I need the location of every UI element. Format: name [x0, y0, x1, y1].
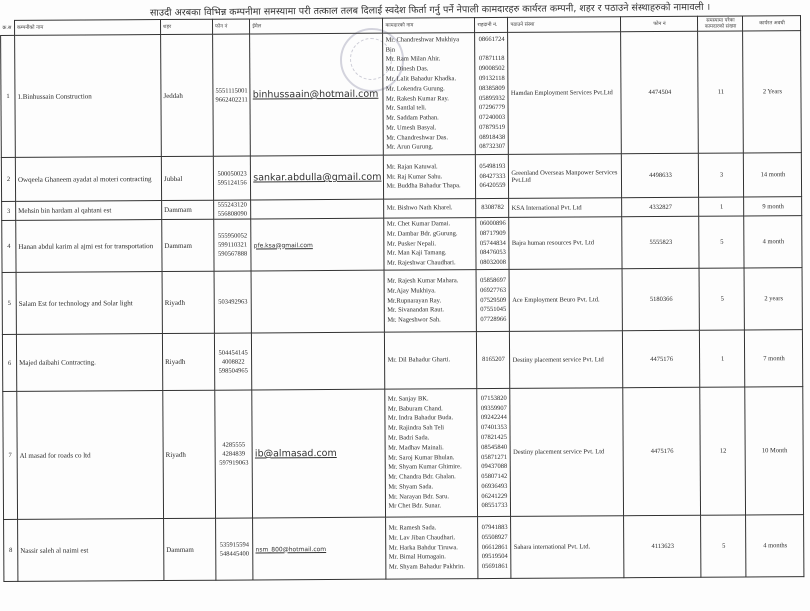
- email-cell: binhussaain@hotmail.com: [250, 33, 384, 156]
- passport-number: 06241229: [480, 492, 508, 502]
- worker-name: Mr. Santlal teli.: [386, 103, 473, 113]
- passport-number: 09008502: [478, 64, 506, 74]
- worker-name: Mr. Rajeshwar Chaudhari.: [387, 258, 474, 268]
- email-cell: ib@almasad.com: [252, 389, 386, 518]
- agency-name: Ace Employment Beuro Pvt. Ltd.: [510, 269, 623, 332]
- passport-number: 05508927: [481, 533, 509, 543]
- worker-names: Mr. Chet Kumar Damai.Mr. Dambar Bdr. gGu…: [384, 218, 476, 271]
- phone-number: 503492963: [217, 297, 249, 306]
- company-phones: 500050023595124156: [213, 156, 251, 200]
- table-row: 2Owqeela Ghaneem ayadat al moteri contra…: [1, 153, 802, 202]
- worker-count: 5: [699, 268, 744, 330]
- company-phones: 55511150019662402211: [213, 34, 251, 156]
- phone-number: 535915594: [218, 540, 250, 549]
- worker-name: Mr. Bimal Humagain.: [389, 552, 476, 562]
- worker-count: 12: [700, 387, 746, 515]
- worker-name: Mr. Saddam Pathan.: [386, 113, 473, 123]
- passport-number: 07879519: [478, 123, 506, 133]
- worker-name: Mr. Man Kaji Tamang.: [387, 249, 474, 259]
- worker-count: 5: [699, 216, 744, 268]
- phone-number: 4284839: [218, 449, 250, 458]
- worker-name: Mr. Ram Milan Ahir.: [386, 54, 473, 64]
- worker-name: Mr. Sanjay BK.: [388, 394, 475, 404]
- worker-count: 11: [698, 31, 744, 153]
- phone-number: 590567888: [216, 249, 248, 258]
- worker-name: Mr. Chandreshwar Mukhiya: [386, 35, 473, 45]
- worker-name: Mr. Shyam Sada.: [388, 482, 475, 492]
- worker-names: Mr. Ramesh Sada.Mr. Lav Jiban Chaudhari.…: [386, 517, 478, 580]
- passport-number: 09132118: [478, 74, 506, 84]
- serial-number: 5: [2, 272, 16, 334]
- passport-number: 07240003: [478, 113, 506, 123]
- worker-name: Mr.Rupnarayan Ray.: [387, 296, 474, 306]
- passport-numbers: 0715382009359907092422440740135307821425…: [477, 388, 511, 516]
- email-cell: nsm_800@hotmail.com: [253, 517, 387, 580]
- passport-number: 08032008: [479, 258, 507, 268]
- agency-phone: 4474504: [621, 31, 699, 153]
- serial-number: 3: [2, 201, 16, 220]
- passport-number: 08661724: [478, 35, 506, 45]
- table-row: 5Salam Est for technology and Solar ligh…: [2, 268, 803, 335]
- agency-name: Bajra human resources Pvt. Ltd: [509, 217, 622, 270]
- passport-number: 06000896: [479, 219, 507, 229]
- worker-name: Mr. Baburam Chand.: [388, 404, 475, 414]
- passport-number: 05744834: [479, 239, 507, 249]
- email-link[interactable]: binhussaain@hotmail.com: [253, 89, 379, 101]
- company-name: Salam Est for technology and Solar light: [16, 272, 162, 335]
- phone-number: 500050023: [216, 169, 248, 178]
- passport-number: 05807142: [480, 472, 508, 482]
- worker-name: Mr. Saroj Kumar Bhulan.: [388, 453, 475, 463]
- passport-numbers: 0794188305508927066128610951950405691861: [478, 516, 511, 578]
- worker-names: Mr. Dil Bahadur Gharti.: [385, 332, 477, 390]
- serial-number: 6: [2, 334, 16, 391]
- agency-name: Destiny placement service Pvt. Ltd: [510, 388, 624, 517]
- city: Riyadh: [162, 333, 214, 390]
- worker-names: Mr. Rajesh Kumar Mahara.Mr.Ajay Mukhiya.…: [385, 270, 477, 333]
- passport-numbers: 0600089608717909057448340847605308032008: [476, 217, 509, 269]
- passport-number: 07941883: [481, 523, 509, 533]
- worker-name: Mr. Bishwo Nath Kharel.: [387, 203, 474, 213]
- worker-name: Mr. Harka Bahdur Tiruwa.: [389, 543, 476, 553]
- agency-name: Greenland Overseas Manpower Services Pvt…: [509, 154, 622, 199]
- worker-name: Mr. Madhav Mainali.: [388, 443, 475, 453]
- passport-number: 05691861: [481, 562, 509, 572]
- header-duration: कार्यरत अवधी: [743, 16, 801, 31]
- passport-number: 09437088: [480, 462, 508, 472]
- worker-name: Mr.Ajay Mukhiya.: [387, 286, 474, 296]
- agency-phone: 4475176: [623, 387, 701, 515]
- passport-number: 08551733: [480, 501, 508, 511]
- passport-number: 09242244: [480, 413, 508, 423]
- phone-number: 4008822: [217, 357, 249, 366]
- email-cell: pfe.ksa@gmail.com: [251, 218, 385, 271]
- passport-number: 07871118: [478, 54, 506, 64]
- passport-number: 08427333: [478, 172, 506, 182]
- agency-phone: 5555823: [622, 216, 699, 268]
- passport-number: 07529509: [479, 296, 507, 306]
- worker-name: Mr. Dinesh Das.: [386, 64, 473, 74]
- email-cell: [251, 270, 385, 333]
- passport-numbers: 0585869706927763075295090755104507728966: [477, 269, 510, 331]
- phone-number: 555950052: [216, 231, 248, 240]
- table-body: 11.Binhussain ConstructionJeddah55511150…: [1, 31, 805, 582]
- worker-name: Mr. Lalit Bahadur Khadka.: [386, 74, 473, 84]
- worker-names: Mr. Bishwo Nath Kharel.: [384, 199, 476, 219]
- serial-number: 4: [2, 220, 16, 272]
- header-company: कम्पनीको नाम: [15, 20, 161, 36]
- company-phones: 5044541454008822598504965: [214, 333, 252, 390]
- phone-number: 599110321: [216, 240, 248, 249]
- company-phones: 555950052599110321590567888: [214, 219, 252, 271]
- passport-number: 06927763: [479, 286, 507, 296]
- company-phones: 535915594548445400: [216, 518, 254, 580]
- passport-number: 08918438: [478, 133, 506, 143]
- passport-numbers: 8308782: [476, 198, 509, 217]
- passport-number: 05498193: [478, 162, 506, 172]
- worker-name: Mr. Narayan Bdr. Saru.: [388, 492, 475, 502]
- worker-name: Mr. Chet Kumar Damai.: [387, 219, 474, 229]
- table-row: 7Al masad for roads co ltdRiyadh42855554…: [3, 387, 804, 520]
- city: Jeddah: [161, 34, 214, 156]
- agency-name: Destiny placement service Pvt. Ltd: [510, 331, 623, 389]
- company-name: Hanan abdul karim al ajmi est for transp…: [16, 220, 162, 273]
- header-passport: राहदानी नं.: [475, 17, 508, 32]
- passport-number: 07551045: [479, 305, 507, 315]
- passport-number: 05871271: [480, 452, 508, 462]
- table-row: 11.Binhussain ConstructionJeddah55511150…: [1, 31, 802, 158]
- city: Dammam: [162, 219, 214, 271]
- phone-number: 595124156: [216, 178, 248, 187]
- agency-phone: 4475176: [623, 330, 700, 387]
- passport-numbers: 08661724 0787111809008502091321180838580…: [475, 32, 509, 154]
- workers-table: क्र.स कम्पनीको नाम शहर फोन नं ईमेल कामदा…: [0, 15, 805, 582]
- city: Riyadh: [162, 271, 214, 333]
- passport-number: 07153820: [480, 394, 508, 404]
- worker-name: Mr. Nageshwor Sah.: [387, 315, 474, 325]
- worker-name: Mr. Shyam Bahadur Pakhrin.: [389, 562, 476, 572]
- passport-number: 8165207: [480, 355, 508, 365]
- worker-name: Mr. Dambar Bdr. gGurung.: [387, 229, 474, 239]
- worker-name: Mr. Indra Bahadur Buda.: [388, 413, 475, 423]
- passport-number: 06936493: [480, 482, 508, 492]
- passport-number: 06612861: [481, 542, 509, 552]
- passport-number: 06420559: [478, 181, 506, 191]
- worker-count: 5: [701, 515, 746, 577]
- agency-name: KSA International Pvt. Ltd: [509, 198, 622, 218]
- workers-table-container: क्र.स कम्पनीको नाम शहर फोन नं ईमेल कामदा…: [0, 15, 805, 582]
- work-duration: 14 month: [744, 153, 802, 197]
- company-phones: 555243120556808090: [214, 200, 251, 219]
- passport-number: 08476053: [479, 248, 507, 258]
- header-agency-phone: फोन नं: [621, 16, 698, 31]
- worker-name: Bin: [386, 45, 473, 55]
- worker-name: Mr. Lav Jiban Chaudhari.: [389, 533, 476, 543]
- email-link[interactable]: pfe.ksa@gmail.com: [254, 242, 313, 249]
- work-duration: 2 years: [744, 268, 802, 330]
- agency-name: Sahara international Pvt. Ltd.: [511, 516, 624, 579]
- worker-name: Mr. Lokendra Gurung.: [386, 84, 473, 94]
- table-row: 6Majed daibahi Contracting.Riyadh5044541…: [2, 330, 803, 392]
- passport-number: 07728966: [479, 315, 507, 325]
- worker-count: 1: [700, 330, 745, 387]
- header-phone: फोन नं: [212, 19, 249, 34]
- header-sn: क्र.स: [1, 20, 15, 35]
- worker-name: Mr Chet Bdr. Sunar.: [388, 502, 475, 512]
- passport-number: 05858697: [479, 276, 507, 286]
- agency-phone: 4332827: [622, 197, 699, 216]
- passport-number: 8308782: [479, 203, 507, 213]
- phone-number: 504454145: [217, 348, 249, 357]
- work-duration: 7 month: [745, 330, 803, 387]
- worker-names: Mr. Sanjay BK.Mr. Baburam Chand.Mr. Indr…: [385, 389, 478, 518]
- table-row: 8Nassir saleh al naimi estDammam53591559…: [4, 515, 805, 582]
- worker-name: Mr. Rakesh Kumar Ray.: [386, 94, 473, 104]
- passport-number: 08732307: [478, 142, 506, 152]
- phone-number: 556808090: [216, 209, 248, 218]
- passport-number: 09359907: [480, 403, 508, 413]
- phone-number: 597919063: [218, 458, 250, 467]
- worker-name: Mr. Shyam Kumar Ghimire.: [388, 462, 475, 472]
- passport-number: [478, 44, 506, 54]
- worker-count: 1: [699, 197, 744, 216]
- worker-names: Mr. Chandreshwar MukhiyaBinMr. Ram Milan…: [383, 33, 476, 156]
- worker-name: Mr. Badri Sada.: [388, 433, 475, 443]
- passport-number: 08385809: [478, 84, 506, 94]
- worker-name: Mr. Chandreshwar Das.: [386, 133, 473, 143]
- serial-number: 7: [3, 391, 18, 519]
- email-cell: sankar.abdulla@gmail.com: [251, 155, 384, 200]
- worker-name: Mr. Raj Kumar Sahu.: [386, 172, 473, 182]
- worker-names: Mr. Rajan Katuwal.Mr. Raj Kumar Sahu.Mr.…: [384, 155, 476, 200]
- passport-numbers: 8165207: [477, 331, 510, 388]
- header-workers: कामदारको नाम: [383, 18, 475, 34]
- agency-phone: 5180366: [622, 268, 699, 330]
- serial-number: 2: [1, 157, 15, 201]
- city: Jubbal: [161, 156, 213, 200]
- passport-number: 08717909: [479, 229, 507, 239]
- passport-number: 08545840: [480, 443, 508, 453]
- work-duration: 9 month: [744, 197, 802, 216]
- worker-name: Mr. Arun Gurung.: [386, 143, 473, 153]
- email-link[interactable]: sankar.abdulla@gmail.com: [253, 172, 381, 184]
- passport-numbers: 054981930842733306420559: [476, 154, 509, 198]
- table-row: 4Hanan abdul karim al ajmi est for trans…: [2, 216, 803, 273]
- worker-name: Mr. Buddha Bahadur Thapa.: [386, 182, 473, 192]
- city: Dammam: [164, 518, 216, 580]
- phone-number: 4285555: [218, 440, 250, 449]
- serial-number: 1: [1, 35, 16, 157]
- worker-name: Mr. Dil Bahadur Gharti.: [388, 355, 475, 365]
- work-duration: 4 month: [744, 216, 802, 268]
- header-agency: पठाउने संस्था: [508, 17, 621, 33]
- worker-name: Mr. Ramesh Sada.: [389, 523, 476, 533]
- worker-name: Mr. Rajindra Sah Teli: [388, 423, 475, 433]
- serial-number: 8: [4, 519, 18, 581]
- worker-name: Mr. Umesh Basyal.: [386, 123, 473, 133]
- email-link[interactable]: nsm_800@hotmail.com: [255, 546, 326, 553]
- passport-number: 07296779: [478, 103, 506, 113]
- email-cell: [251, 199, 384, 219]
- phone-number: 548445400: [218, 549, 250, 558]
- work-duration: 4 months: [746, 515, 804, 577]
- city: Dammam: [162, 200, 214, 219]
- header-count: समस्यामा परेका कामदारको संख्या: [698, 16, 743, 31]
- passport-number: 09519504: [481, 552, 509, 562]
- worker-name: Mr. Sivanandan Raut.: [387, 305, 474, 315]
- company-name: Majed daibahi Contracting.: [16, 334, 162, 392]
- passport-number: 07401353: [480, 423, 508, 433]
- phone-number: 5551115001: [215, 86, 247, 95]
- work-duration: 2 Years: [743, 31, 802, 153]
- worker-name: Mr. Chandra Bdr. Ghalan.: [388, 472, 475, 482]
- company-name: 1.Binhussain Construction: [15, 35, 162, 158]
- agency-phone: 4498633: [622, 153, 699, 197]
- header-email: ईमेल: [250, 18, 383, 34]
- company-name: Owqeela Ghaneem ayadat al moteri contrac…: [15, 157, 161, 202]
- company-phones: 503492963: [214, 271, 252, 333]
- passport-number: 07821425: [480, 433, 508, 443]
- agency-phone: 4113623: [624, 515, 701, 577]
- work-duration: 10 Month: [745, 387, 804, 515]
- worker-count: 3: [699, 153, 744, 197]
- worker-name: Mr. Pusker Nepali.: [387, 239, 474, 249]
- phone-number: 555243120: [216, 200, 248, 209]
- header-city: शहर: [161, 19, 213, 34]
- company-name: Mehsin bin hardam al qahtani est: [16, 201, 162, 221]
- phone-number: 9662402211: [215, 95, 247, 104]
- company-phones: 42855554284839597919063: [215, 390, 253, 518]
- worker-name: Mr. Rajan Katuwal.: [386, 162, 473, 172]
- phone-number: 598504965: [217, 366, 249, 375]
- agency-name: Hamdan Employment Services Pvt.Ltd: [508, 32, 622, 155]
- company-name: Nassir saleh al naimi est: [18, 519, 164, 582]
- email-link[interactable]: ib@almasad.com: [255, 448, 337, 459]
- passport-number: 05895932: [478, 93, 506, 103]
- email-cell: [252, 332, 386, 390]
- company-name: Al masad for roads co ltd: [17, 391, 164, 520]
- worker-name: Mr. Rajesh Kumar Mahara.: [387, 276, 474, 286]
- city: Riyadh: [163, 390, 216, 518]
